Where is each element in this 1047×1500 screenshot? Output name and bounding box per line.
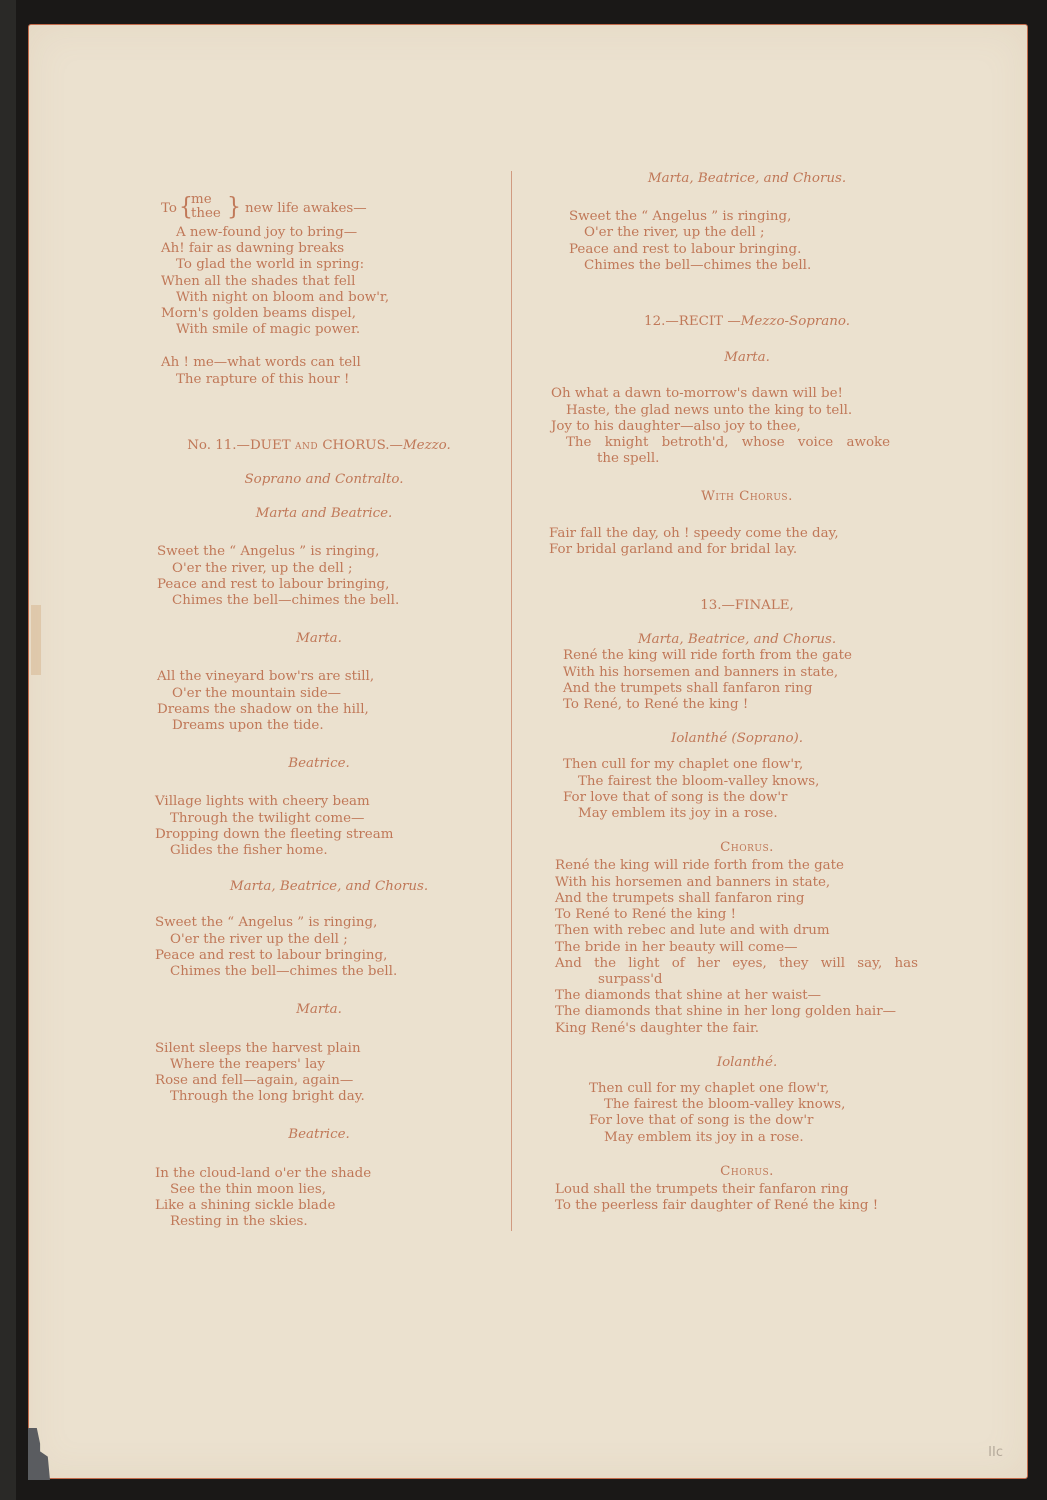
bracket-rest: new life awakes—	[245, 201, 367, 217]
verse-line: The diamonds that shine at her waist—	[555, 988, 947, 1004]
verse-line: Village lights with cheery beam	[155, 794, 489, 810]
verse-line: To the peerless fair daughter of René th…	[555, 1198, 947, 1214]
final-stanza: Loud shall the trumpets their fanfaron r…	[527, 1182, 947, 1214]
stanza: Village lights with cheery beam Through …	[129, 794, 489, 859]
verse-line: With his horsemen and banners in state,	[563, 665, 947, 681]
verse-line: Dreams the shadow on the hill,	[157, 702, 489, 718]
verse-line: Then with rebec and lute and with drum	[555, 923, 947, 939]
verse-line: Peace and rest to labour bringing,	[157, 577, 489, 593]
verse-line: For love that of song is the dow'r	[589, 1113, 947, 1129]
verse-line: Ah! fair as dawning breaks	[161, 241, 489, 257]
verse-line: The diamonds that shine in her long gold…	[555, 1004, 947, 1020]
verse-line: All the vineyard bow'rs are still,	[157, 669, 489, 685]
verse-line: Dropping down the fleeting stream	[155, 827, 489, 843]
bracket-line: To { me thee } new life awakes—	[161, 193, 489, 225]
section-heading: 13.—FINALE,	[527, 598, 947, 614]
closing-couplet: Ah ! me—what words can tell The rapture …	[129, 355, 489, 387]
stanza: Sweet the “ Angelus ” is ringing, O'er t…	[527, 209, 947, 274]
right-brace: }	[227, 193, 241, 224]
voice-subheading: Soprano and Contralto.	[129, 472, 489, 488]
verse-line: Where the reapers' lay	[155, 1057, 489, 1073]
verse-line: O'er the river, up the dell ;	[157, 561, 489, 577]
verse-line: Dreams upon the tide.	[157, 718, 489, 734]
verse-line: Glides the fisher home.	[155, 843, 489, 859]
chorus-stanza: René the king will ride forth from the g…	[527, 858, 947, 1036]
verse-line: Silent sleeps the harvest plain	[155, 1041, 489, 1057]
right-column: Marta, Beatrice, and Chorus. Sweet the “…	[527, 171, 947, 1231]
verse-line: To René to René the king !	[555, 907, 947, 923]
speaker-label: Iolanthé.	[527, 1055, 947, 1071]
stanza: In the cloud-land o'er the shade See the…	[129, 1166, 489, 1231]
verse-line: Sweet the “ Angelus ” is ringing,	[155, 915, 489, 931]
verse-line: Fair fall the day, oh ! speedy come the …	[549, 526, 947, 542]
speaker-label: Beatrice.	[129, 1127, 489, 1143]
verse-line: René the king will ride forth from the g…	[563, 648, 947, 664]
verse-line: Like a shining sickle blade	[155, 1198, 489, 1214]
stanza: Then cull for my chaplet one flow'r, The…	[527, 757, 947, 822]
stanza: Then cull for my chaplet one flow'r, The…	[527, 1081, 947, 1146]
verse-line: Morn's golden beams dispel,	[161, 306, 489, 322]
bracket-options: me thee	[181, 193, 221, 221]
stanza: Fair fall the day, oh ! speedy come the …	[527, 526, 947, 558]
verse-line: May emblem its joy in a rose.	[563, 806, 947, 822]
verse-line: With his horsemen and banners in state,	[555, 875, 947, 891]
verse-line: O'er the river up the dell ;	[155, 932, 489, 948]
verse-line: O'er the mountain side—	[157, 686, 489, 702]
speaker-label: Marta, Beatrice, and Chorus.	[527, 171, 947, 187]
verse-line: Peace and rest to labour bringing,	[155, 948, 489, 964]
chorus-label: Chorus.	[527, 1164, 947, 1180]
verse-line: See the thin moon lies,	[155, 1182, 489, 1198]
verse-line: Joy to his daughter—also joy to thee,	[551, 419, 947, 435]
verse-line: And the light of her eyes, they will say…	[555, 956, 947, 972]
verse-line: Then cull for my chaplet one flow'r,	[563, 757, 947, 773]
verse-line: Rose and fell—again, again—	[155, 1073, 489, 1089]
section-no11: No. 11.—DUET and CHORUS.—Mezzo. Soprano …	[129, 438, 489, 1231]
verse-line: When all the shades that fell	[161, 274, 489, 290]
speaker-label: Marta.	[527, 350, 947, 366]
bracket-to: To	[161, 201, 177, 217]
speaker-label: Beatrice.	[129, 756, 489, 772]
verse-line: To glad the world in spring:	[161, 257, 489, 273]
verse-line: the spell.	[551, 451, 947, 467]
torn-corner	[28, 1428, 50, 1480]
verse-line: And the trumpets shall fanfaron ring	[563, 681, 947, 697]
verse-line: With smile of magic power.	[161, 322, 489, 338]
speaker-label: Marta.	[129, 1002, 489, 1018]
verse-line: Sweet the “ Angelus ” is ringing,	[157, 544, 489, 560]
section-heading: 12.—RECIT —Mezzo-Soprano.	[527, 314, 947, 330]
verse-line: The bride in her beauty will come—	[555, 940, 947, 956]
left-column: To { me thee } new life awakes— A new-fo…	[129, 171, 489, 1247]
column-divider	[511, 171, 512, 1231]
verse-line: Chimes the bell—chimes the bell.	[569, 258, 947, 274]
verse-line: Oh what a dawn to-morrow's dawn will be!	[551, 386, 947, 402]
recit-stanza: Oh what a dawn to-morrow's dawn will be!…	[527, 386, 947, 467]
scan-backing-strip	[0, 0, 16, 1500]
verse-line: Peace and rest to labour bringing.	[569, 242, 947, 258]
verse-line: René the king will ride forth from the g…	[555, 858, 947, 874]
section-no13: 13.—FINALE, Marta, Beatrice, and Chorus.…	[527, 598, 947, 1214]
verse-line: Haste, the glad news unto the king to te…	[551, 403, 947, 419]
stanza: Sweet the “ Angelus ” is ringing, O'er t…	[129, 544, 489, 609]
verse-line: O'er the river, up the dell ;	[569, 225, 947, 241]
chorus-label: Chorus.	[527, 840, 947, 856]
with-chorus-label: With Chorus.	[527, 489, 947, 505]
speaker-label: Marta.	[129, 631, 489, 647]
stanza: All the vineyard bow'rs are still, O'er …	[129, 669, 489, 734]
verse-line: Chimes the bell—chimes the bell.	[155, 964, 489, 980]
verse-line: And the trumpets shall fanfaron ring	[555, 891, 947, 907]
verse-line: King René's daughter the fair.	[555, 1021, 947, 1037]
opening-stanza: To { me thee } new life awakes— A new-fo…	[129, 193, 489, 338]
verse-line: The knight betroth'd, whose voice awoke	[551, 435, 947, 451]
section-heading: No. 11.—DUET and CHORUS.—Mezzo.	[129, 438, 489, 454]
verse-line: For love that of song is the dow'r	[563, 790, 947, 806]
program-page: To { me thee } new life awakes— A new-fo…	[28, 24, 1028, 1479]
verse-line: The fairest the bloom-valley knows,	[563, 774, 947, 790]
verse-line: Then cull for my chaplet one flow'r,	[589, 1081, 947, 1097]
verse-line: With night on bloom and bow'r,	[161, 290, 489, 306]
verse-line: Through the long bright day.	[155, 1089, 489, 1105]
verse-line: Resting in the skies.	[155, 1214, 489, 1230]
verse-line: The rapture of this hour !	[161, 372, 489, 388]
speaker-label: Marta and Beatrice.	[129, 506, 489, 522]
stanza: Silent sleeps the harvest plain Where th…	[129, 1041, 489, 1106]
stanza: René the king will ride forth from the g…	[527, 648, 947, 713]
edge-stain	[31, 605, 41, 675]
speaker-label: Marta, Beatrice, and Chorus.	[129, 879, 489, 895]
speaker-label: Marta, Beatrice, and Chorus.	[527, 632, 947, 648]
pencil-page-mark: IIc	[988, 1445, 1003, 1460]
verse-line: May emblem its joy in a rose.	[589, 1130, 947, 1146]
verse-line: Loud shall the trumpets their fanfaron r…	[555, 1182, 947, 1198]
verse-line: Through the twilight come—	[155, 811, 489, 827]
stanza: Sweet the “ Angelus ” is ringing, O'er t…	[129, 915, 489, 980]
verse-line: Ah ! me—what words can tell	[161, 355, 489, 371]
verse-line: Chimes the bell—chimes the bell.	[157, 593, 489, 609]
section-no12: 12.—RECIT —Mezzo-Soprano. Marta. Oh what…	[527, 314, 947, 558]
verse-line: A new-found joy to bring—	[161, 225, 489, 241]
verse-line: To René, to René the king !	[563, 697, 947, 713]
verse-line: surpass'd	[555, 972, 947, 988]
speaker-label: Iolanthé (Soprano).	[527, 731, 947, 747]
verse-line: The fairest the bloom-valley knows,	[589, 1097, 947, 1113]
verse-line: In the cloud-land o'er the shade	[155, 1166, 489, 1182]
verse-line: Sweet the “ Angelus ” is ringing,	[569, 209, 947, 225]
verse-line: For bridal garland and for bridal lay.	[549, 542, 947, 558]
